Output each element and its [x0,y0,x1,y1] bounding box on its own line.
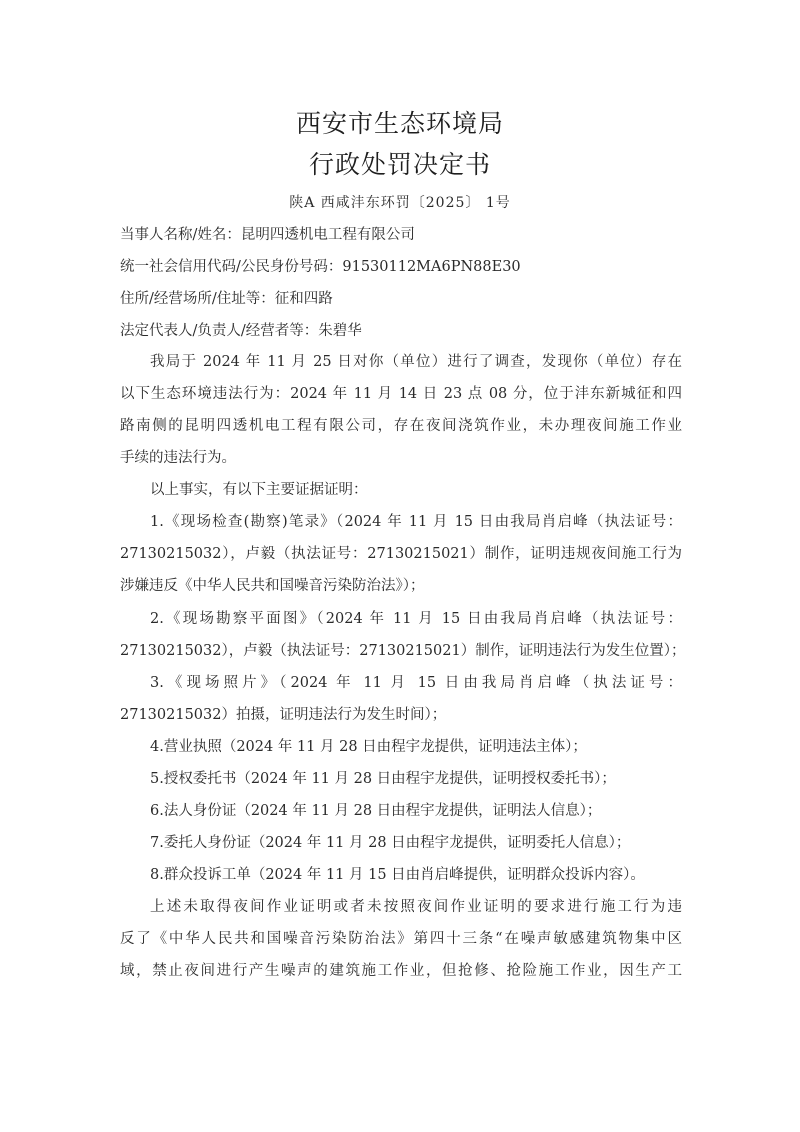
evidence-item-1-cont: 涉嫌违反《中华人民共和国噪音污染防治法》）； [120,576,682,596]
party-credit-code: 统一社会信用代码/公民身份号码：91530112MA6PN88E30 [120,257,682,277]
evidence-item-3: 3.《现场照片》（2024 年 11 月 15 日由我局肖启峰（执法证号： [150,673,682,693]
document-type-title: 行政处罚决定书 [0,145,800,181]
evidence-item-2: 2.《现场勘察平面图》（2024 年 11 月 15 日由我局肖启峰（执法证号： [150,609,682,629]
party-name: 当事人名称/姓名：昆明四透机电工程有限公司 [120,225,682,245]
evidence-item-3-cont: 27130215032）拍摄，证明违法行为发生时间）； [120,705,682,725]
evidence-item-6: 6.法人身份证（2024 年 11 月 28 日由程宇龙提供，证明法人信息）； [150,801,682,821]
party-representative: 法定代表人/负责人/经营者等：朱碧华 [120,321,682,341]
evidence-item-1: 1.《现场检查(勘察)笔录》（2024 年 11 月 15 日由我局肖启峰（执法… [150,512,682,532]
party-address: 住所/经营场所/住址等：征和四路 [120,289,682,309]
facts-line: 手续的违法行为。 [120,448,682,468]
evidence-item-8: 8.群众投诉工单（2024 年 11 月 15 日由肖启峰提供，证明群众投诉内容… [150,865,682,885]
document-page: 西安市生态环境局 行政处罚决定书 陕A 西咸沣东环罚〔2025〕 1号 当事人名… [0,0,800,1132]
evidence-item-5: 5.授权委托书（2024 年 11 月 28 日由程宇龙提供，证明授权委托书）； [150,769,682,789]
facts-line: 路南侧的昆明四透机电工程有限公司，存在夜间浇筑作业，未办理夜间施工作业 [120,416,682,436]
violation-line: 上述未取得夜间作业证明或者未按照夜间作业证明的要求进行施工行为违 [150,897,682,917]
facts-line: 以下生态环境违法行为：2024 年 11 月 14 日 23 点 08 分，位于… [120,384,682,404]
evidence-item-1-cont: 27130215032），卢毅（执法证号：27130215021）制作，证明违规… [120,544,682,564]
evidence-item-2-cont: 27130215032），卢毅（执法证号：27130215021）制作，证明违法… [120,641,682,661]
evidence-item-4: 4.营业执照（2024 年 11 月 28 日由程宇龙提供，证明违法主体）； [150,737,682,757]
document-number: 陕A 西咸沣东环罚〔2025〕 1号 [0,192,800,212]
facts-line: 我局于 2024 年 11 月 25 日对你（单位）进行了调查，发现你（单位）存… [150,352,682,372]
evidence-item-7: 7.委托人身份证（2024 年 11 月 28 日由程宇龙提供，证明委托人信息）… [150,833,682,853]
violation-line: 反了《中华人民共和国噪音污染防治法》第四十三条“在噪声敏感建筑物集中区 [120,929,682,949]
agency-title: 西安市生态环境局 [0,104,800,140]
evidence-intro: 以上事实，有以下主要证据证明： [150,480,682,500]
violation-line: 域，禁止夜间进行产生噪声的建筑施工作业，但抢修、抢险施工作业，因生产工 [120,961,682,981]
